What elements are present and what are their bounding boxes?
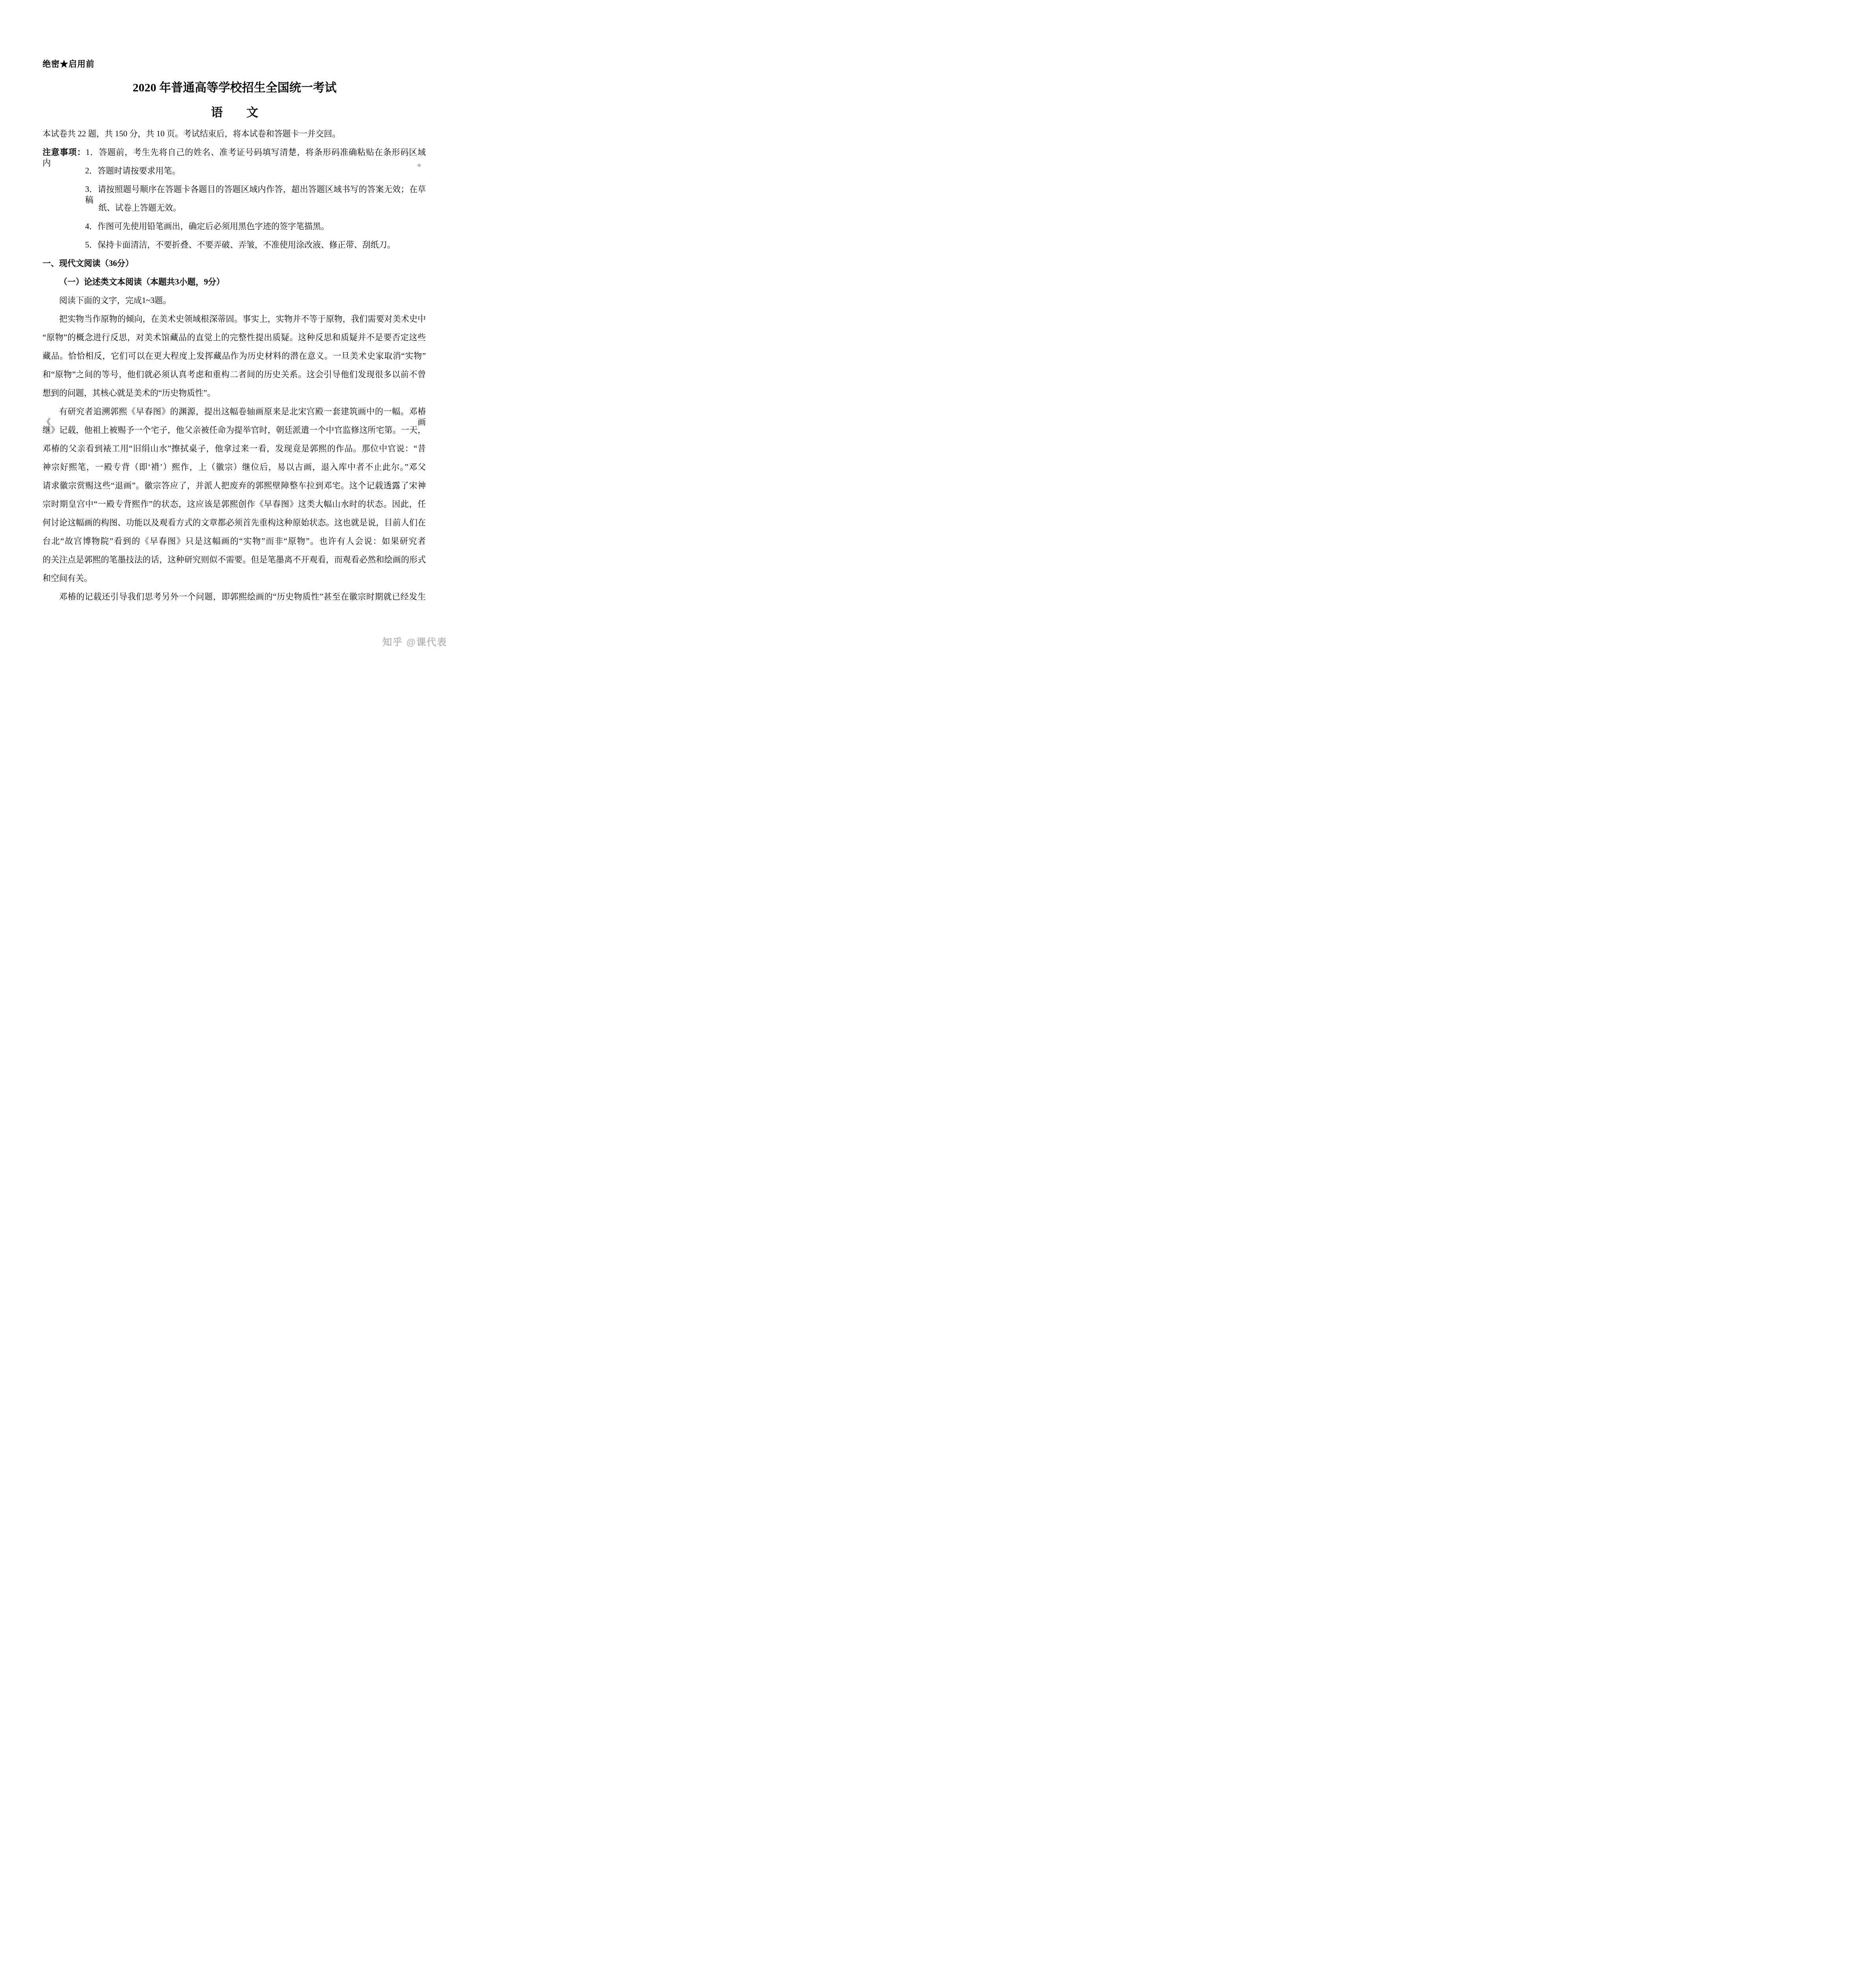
- notice-label: 一、现代文阅读（36分）: [43, 258, 134, 268]
- subject-title: 语 文: [0, 102, 469, 120]
- text-line: 的关注点是郭熙的笔墨技法的话，这种研究则似不需要。但是笔墨离不开观看，而观看必然…: [43, 554, 426, 565]
- text-segment: 神宗好熙笔，一殿专背（即‘褙’）熙作，上（徽宗）继位后，易以古画，退入库中者不止…: [43, 462, 426, 472]
- text-segment: 邓椿的父亲看到裱工用“旧绢山水”擦拭桌子，他拿过来一看，发现竟是郭熙的作品。那位…: [43, 444, 426, 453]
- text-line: 把实物当作原物的倾向，在美术史领域根深蒂固。事实上，实物并不等于原物，我们需要对…: [43, 314, 426, 324]
- text-line: （一）论述类文本阅读（本题共3小题，9分）: [59, 277, 426, 287]
- text-line: 请求徽宗赏赐这些“退画”。徽宗答应了，并派人把废弃的郭熙壁障整车拉到邓宅。这个记…: [43, 480, 426, 491]
- text-segment: 作图可先使用铅笔画出，确定后必须用黑色字迹的签字笔描黑。: [98, 221, 329, 231]
- text-segment: 答题前，考生先将自己的姓名、准考证号码填写清楚，将条形码准确粘贴在条形码区域内。: [43, 147, 426, 167]
- text-segment: 邓椿的记载还引导我们思考另外一个问题，即郭熙绘画的“历史物质性”甚至在徽宗时期就…: [59, 592, 426, 601]
- text-line: 纸、试卷上答题无效。: [98, 203, 426, 213]
- text-segment: 和空间有关。: [43, 573, 92, 583]
- text-segment: 请求徽宗赏赐这些“退画”。徽宗答应了，并派人把废弃的郭熙壁障整车拉到邓宅。这个记…: [43, 481, 426, 490]
- text-segment: 答题时请按要求用笔。: [98, 166, 180, 175]
- text-segment: 4．: [85, 221, 98, 231]
- text-segment: 宗时期皇宫中“一殿专背熙作”的状态，这应该是郭熙创作《早春图》这类大幅山水时的状…: [43, 499, 426, 509]
- text-segment: 纸、试卷上答题无效。: [98, 203, 181, 212]
- text-line: “原物”的概念进行反思，对美术馆藏品的直觉上的完整性提出质疑。这种反思和质疑并不…: [43, 332, 426, 343]
- text-line: 邓椿的父亲看到裱工用“旧绢山水”擦拭桌子，他拿过来一看，发现竟是郭熙的作品。那位…: [43, 443, 426, 454]
- text-segment: 台北“故宫博物院”看到的《早春图》只是这幅画的“实物”而非“原物”。也许有人会说…: [43, 536, 426, 546]
- text-line: 本试卷共 22 题，共 150 分，共 10 页。考试结束后，将本试卷和答题卡一…: [43, 128, 426, 139]
- text-line: 注意事项：1．答题前，考生先将自己的姓名、准考证号码填写清楚，将条形码准确粘贴在…: [43, 147, 426, 168]
- text-line: 一、现代文阅读（36分）: [43, 258, 426, 269]
- text-line: 想到的问题，其核心就是美术的“历史物质性”。: [43, 388, 426, 398]
- text-line: 台北“故宫博物院”看到的《早春图》只是这幅画的“实物”而非“原物”。也许有人会说…: [43, 536, 426, 546]
- text-segment: 的关注点是郭熙的笔墨技法的话，这种研究则似不需要。但是笔墨离不开观看，而观看必然…: [43, 555, 426, 564]
- text-segment: 5．: [85, 240, 98, 249]
- classification-label: 绝密★启用前: [43, 58, 95, 69]
- notice-label: （一）论述类文本阅读（本题共3小题，9分）: [59, 277, 225, 286]
- text-line: 神宗好熙笔，一殿专背（即‘褙’）熙作，上（徽宗）继位后，易以古画，退入库中者不止…: [43, 462, 426, 472]
- text-segment: 保持卡面清洁，不要折叠、不要弄破、弄皱，不准使用涂改液、修正带、刮纸刀。: [98, 240, 396, 249]
- text-segment: 2．: [85, 166, 98, 175]
- text-line: 和“原物”之间的等号，他们就必须认真考虑和重构二者间的历史关系。这会引导他们发现…: [43, 369, 426, 380]
- text-segment: 请按照题号顺序在答题卡各题目的答题区域内作答，超出答题区域书写的答案无效；在草稿: [85, 184, 426, 204]
- text-line: 宗时期皇宫中“一殿专背熙作”的状态，这应该是郭熙创作《早春图》这类大幅山水时的状…: [43, 499, 426, 509]
- text-segment: 阅读下面的文字，完成1~3题。: [59, 295, 171, 305]
- text-line: 5．保持卡面清洁，不要折叠、不要弄破、弄皱，不准使用涂改液、修正带、刮纸刀。: [85, 240, 426, 250]
- text-line: 邓椿的记载还引导我们思考另外一个问题，即郭熙绘画的“历史物质性”甚至在徽宗时期就…: [43, 591, 426, 602]
- text-line: 藏品。恰恰相反，它们可以在更大程度上发挥藏品作为历史材料的潜在意义。一旦美术史家…: [43, 351, 426, 361]
- text-line: 3．请按照题号顺序在答题卡各题目的答题区域内作答，超出答题区域书写的答案无效；在…: [85, 184, 426, 205]
- text-segment: 有研究者追溯郭熙《早春图》的渊源，提出这幅卷轴画原来是北宋宫殿一套建筑画中的一幅…: [43, 407, 426, 427]
- text-line: 2．答题时请按要求用笔。: [85, 165, 426, 176]
- text-segment: 3．: [85, 184, 98, 194]
- text-segment: 继》记载，他祖上被赐予一个宅子，他父亲被任命为提举官时，朝廷派遣一个中官监修这所…: [43, 425, 426, 435]
- text-line: 和空间有关。: [43, 573, 426, 584]
- text-segment: 想到的问题，其核心就是美术的“历史物质性”。: [43, 388, 215, 398]
- text-segment: 何讨论这幅画的构图、功能以及观看方式的文章都必须首先重构这种原始状态。这也就是说…: [43, 518, 426, 527]
- exam-paper-page: 绝密★启用前 2020 年普通高等学校招生全国统一考试 语 文 本试卷共 22 …: [0, 0, 469, 663]
- text-segment: “原物”的概念进行反思，对美术馆藏品的直觉上的完整性提出质疑。这种反思和质疑并不…: [43, 333, 426, 342]
- text-segment: 本试卷共 22 题，共 150 分，共 10 页。考试结束后，将本试卷和答题卡一…: [43, 129, 340, 138]
- text-line: 4．作图可先使用铅笔画出，确定后必须用黑色字迹的签字笔描黑。: [85, 221, 426, 232]
- watermark: 知乎 @课代表: [383, 634, 447, 648]
- text-line: 继》记载，他祖上被赐予一个宅子，他父亲被任命为提举官时，朝廷派遣一个中官监修这所…: [43, 425, 426, 435]
- text-segment: 藏品。恰恰相反，它们可以在更大程度上发挥藏品作为历史材料的潜在意义。一旦美术史家…: [43, 351, 426, 361]
- text-line: 阅读下面的文字，完成1~3题。: [59, 295, 426, 306]
- text-segment: 1．: [85, 147, 98, 157]
- exam-title: 2020 年普通高等学校招生全国统一考试: [0, 78, 469, 95]
- text-segment: 把实物当作原物的倾向，在美术史领域根深蒂固。事实上，实物并不等于原物，我们需要对…: [59, 314, 426, 323]
- text-segment: 和“原物”之间的等号，他们就必须认真考虑和重构二者间的历史关系。这会引导他们发现…: [43, 370, 426, 379]
- text-line: 有研究者追溯郭熙《早春图》的渊源，提出这幅卷轴画原来是北宋宫殿一套建筑画中的一幅…: [43, 406, 426, 427]
- notice-label: 注意事项：: [43, 147, 85, 157]
- text-line: 何讨论这幅画的构图、功能以及观看方式的文章都必须首先重构这种原始状态。这也就是说…: [43, 517, 426, 528]
